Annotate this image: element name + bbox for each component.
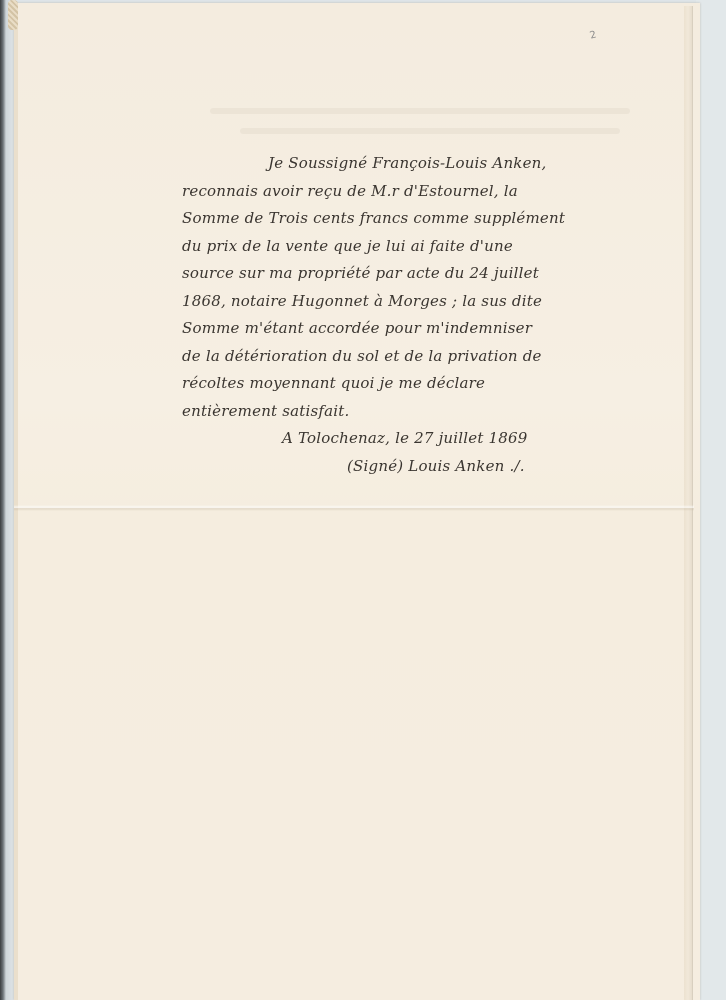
text-line: Je Soussigné François-Louis Anken, [182,150,662,178]
signature: (Signé) Louis Anken ./. [182,453,662,481]
text-line: récoltes moyennant quoi je me déclare [182,370,662,398]
bleed-through-text [210,108,630,114]
handwritten-receipt: Je Soussigné François-Louis Anken, recon… [182,150,662,480]
binding-ribbon [8,0,18,30]
text-line: du prix de la vente que je lui ai faite … [182,233,662,261]
text-line: Somme m'étant accordée pour m'indemniser [182,315,662,343]
scanner-background-right [696,0,726,1000]
place-and-date: A Tolochenaz, le 27 juillet 1869 [182,425,662,453]
text-line: reconnais avoir reçu de M.r d'Estournel,… [182,178,662,206]
text-line: source sur ma propriété par acte du 24 j… [182,260,662,288]
page-fold-crease [14,505,694,511]
text-line: Somme de Trois cents francs comme supplé… [182,205,662,233]
text-line: entièrement satisfait. [182,398,662,426]
bleed-through-text [240,128,620,134]
text-line: 1868, notaire Hugonnet à Morges ; la sus… [182,288,662,316]
page-edge-right [684,6,693,1000]
text-line: de la détérioration du sol et de la priv… [182,343,662,371]
page-edge-left [14,3,18,1000]
